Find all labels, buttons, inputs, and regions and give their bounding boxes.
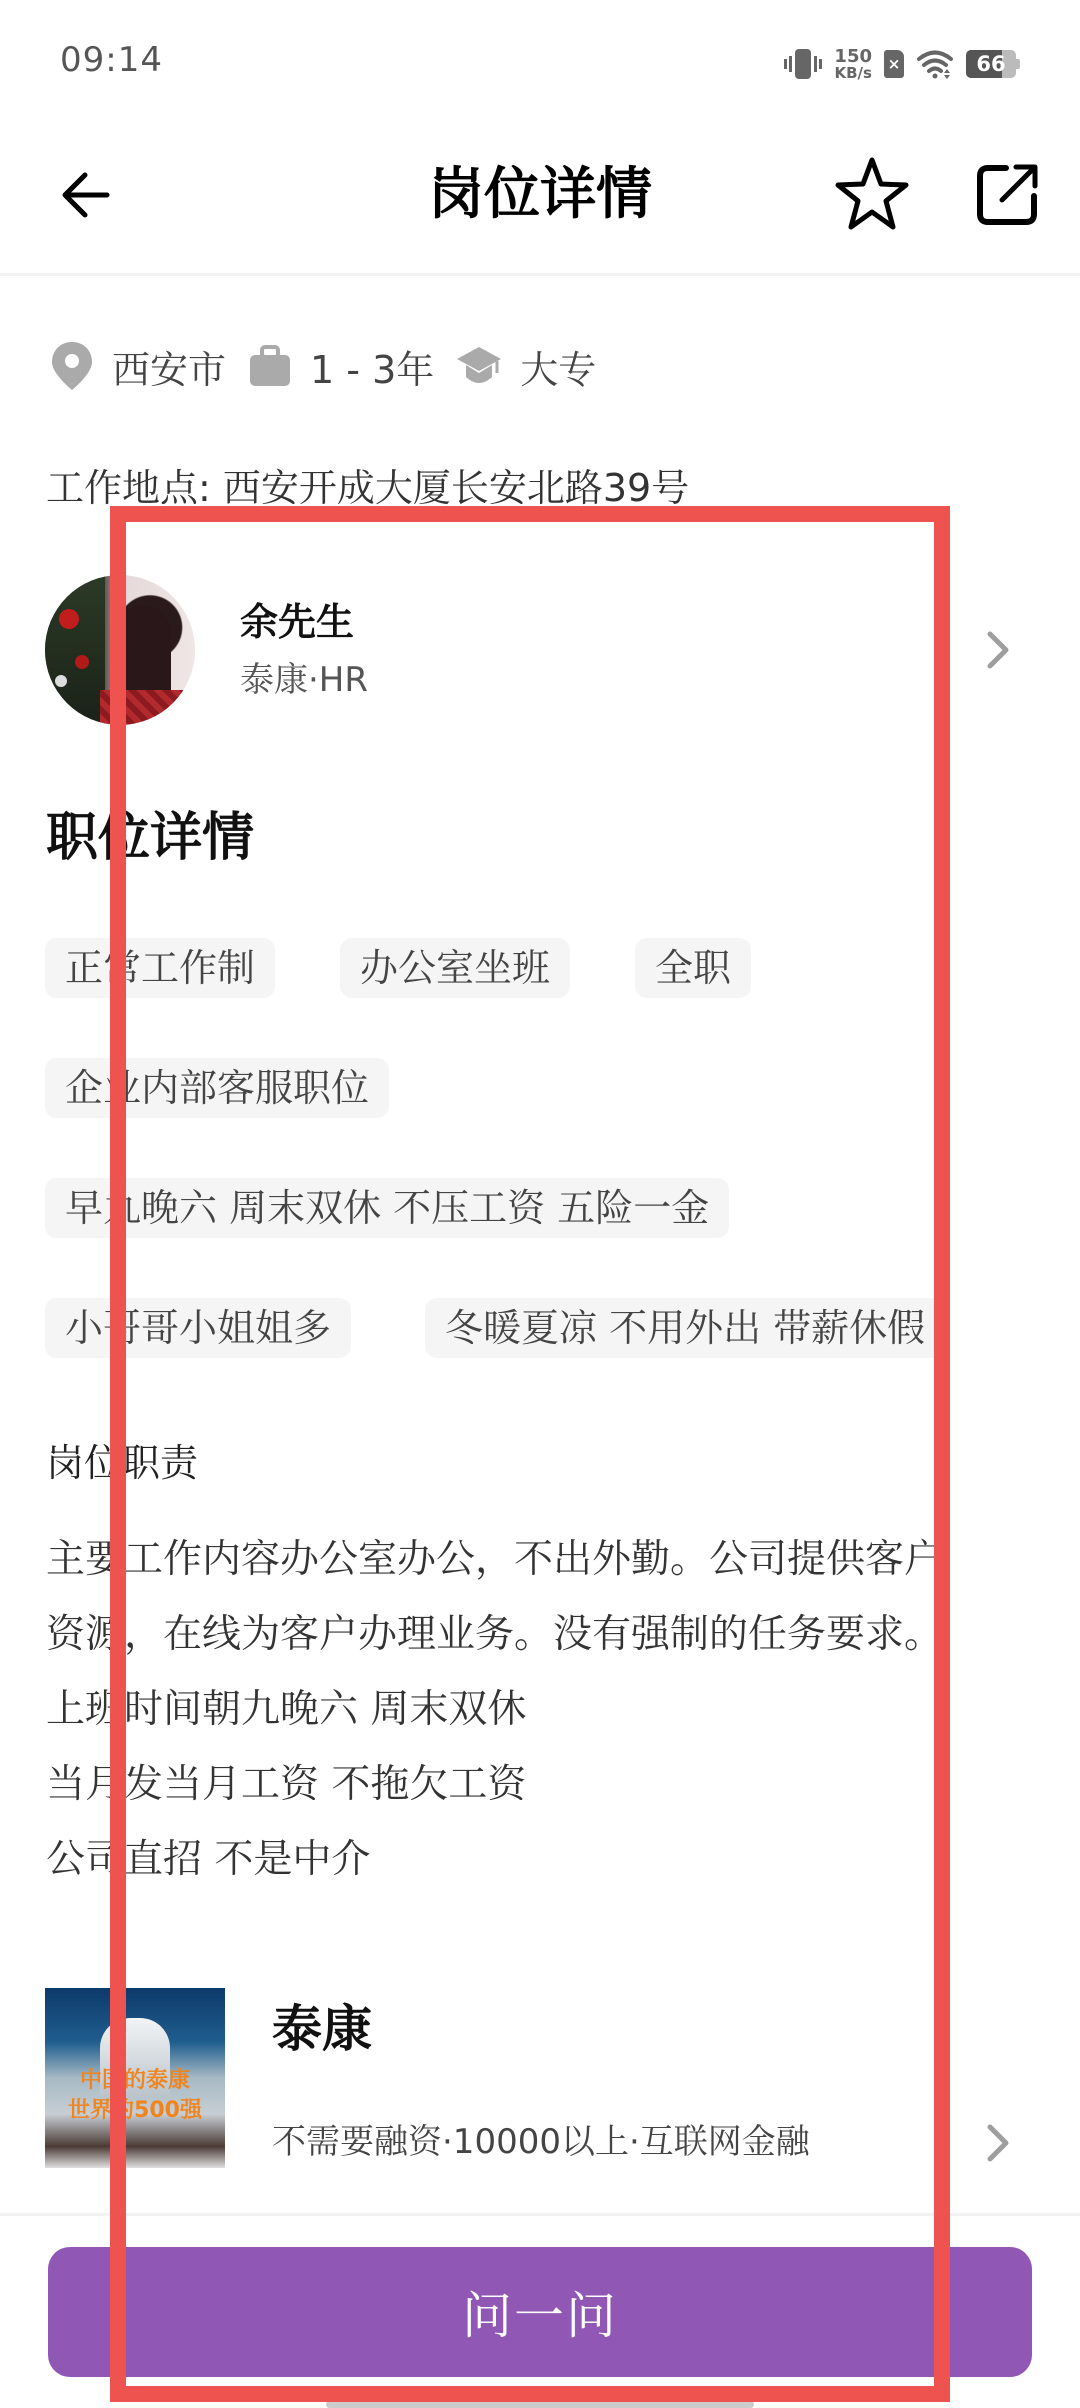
page-title: 岗位详情: [0, 160, 1080, 230]
app-header: 岗位详情: [0, 120, 1080, 273]
home-indicator[interactable]: [326, 2401, 754, 2408]
chevron-right-icon: [978, 628, 1018, 672]
logo-text-2: 世界的500强: [45, 2098, 225, 2124]
tag-environment: 冬暖夏凉 不用外出 带薪休假: [425, 1298, 945, 1358]
recruiter-name: 余先生: [240, 598, 354, 646]
company-logo: 中国的泰康 世界的500强: [45, 1988, 225, 2168]
graduation-cap-icon: [456, 345, 502, 387]
battery-icon: 66: [966, 50, 1020, 78]
share-button[interactable]: [972, 158, 1044, 230]
network-speed-value: 150: [834, 48, 872, 66]
favorite-button[interactable]: [830, 152, 914, 236]
education-text: 大专: [520, 339, 596, 394]
description-line: 主要工作内容办公室办公，不出外勤。公司提供客户: [46, 1522, 1046, 1597]
work-address: 工作地点: 西安开成大厦长安北路39号: [46, 460, 689, 516]
experience-text: 1 - 3年: [310, 339, 434, 394]
meta-city: 西安市: [50, 339, 226, 394]
network-speed-unit: KB/s: [834, 66, 871, 81]
ask-button[interactable]: 问一问: [48, 2247, 1032, 2377]
tag-internal-cs: 企业内部客服职位: [45, 1058, 389, 1118]
bottom-divider: [0, 2213, 1080, 2216]
star-outline-icon: [830, 152, 914, 236]
wifi-icon: [916, 49, 954, 79]
status-bar: 09:14 150 KB/s × 66: [0, 0, 1080, 120]
sim-off-icon: ×: [884, 50, 904, 78]
meta-education: 大专: [456, 339, 596, 394]
tag-benefits: 早九晚六 周末双休 不压工资 五险一金: [45, 1178, 729, 1238]
recruiter-card[interactable]: 余先生 泰康·HR: [0, 570, 1080, 730]
tag-fulltime: 全职: [635, 938, 751, 998]
tag-work-schedule: 正常工作制: [45, 938, 275, 998]
share-icon: [972, 158, 1044, 230]
briefcase-icon: [248, 344, 292, 388]
recruiter-avatar: [45, 575, 195, 725]
status-icons: 150 KB/s × 66: [784, 42, 1020, 86]
company-card[interactable]: 中国的泰康 世界的500强 泰康 不需要融资·10000以上·互联网金融: [0, 1985, 1080, 2175]
job-details-heading: 职位详情: [46, 804, 254, 872]
vibrate-icon: [784, 47, 822, 81]
description-line: 当月发当月工资 不拖欠工资: [46, 1747, 1046, 1822]
duties-heading: 岗位职责: [46, 1436, 198, 1490]
description-line: 资源，在线为客户办理业务。没有强制的任务要求。: [46, 1597, 1046, 1672]
job-description: 主要工作内容办公室办公，不出外勤。公司提供客户 资源，在线为客户办理业务。没有强…: [46, 1522, 1046, 1897]
company-meta: 不需要融资·10000以上·互联网金融: [272, 2119, 810, 2165]
network-speed: 150 KB/s: [834, 48, 872, 81]
tag-office: 办公室坐班: [340, 938, 570, 998]
meta-experience: 1 - 3年: [248, 339, 434, 394]
description-line: 上班时间朝九晚六 周末双休: [46, 1672, 1046, 1747]
job-meta-row: 西安市 1 - 3年 大专: [50, 338, 618, 394]
battery-level: 66: [966, 50, 1016, 78]
status-time: 09:14: [60, 40, 163, 80]
city-text: 西安市: [112, 339, 226, 394]
header-divider: [0, 273, 1080, 276]
tag-colleagues: 小哥哥小姐姐多: [45, 1298, 351, 1358]
recruiter-company-role: 泰康·HR: [240, 658, 368, 702]
company-name: 泰康: [272, 1997, 372, 2061]
description-line: 公司直招 不是中介: [46, 1822, 1046, 1897]
location-pin-icon: [50, 340, 94, 392]
logo-text-1: 中国的泰康: [45, 2068, 225, 2094]
chevron-right-icon: [978, 2121, 1018, 2165]
